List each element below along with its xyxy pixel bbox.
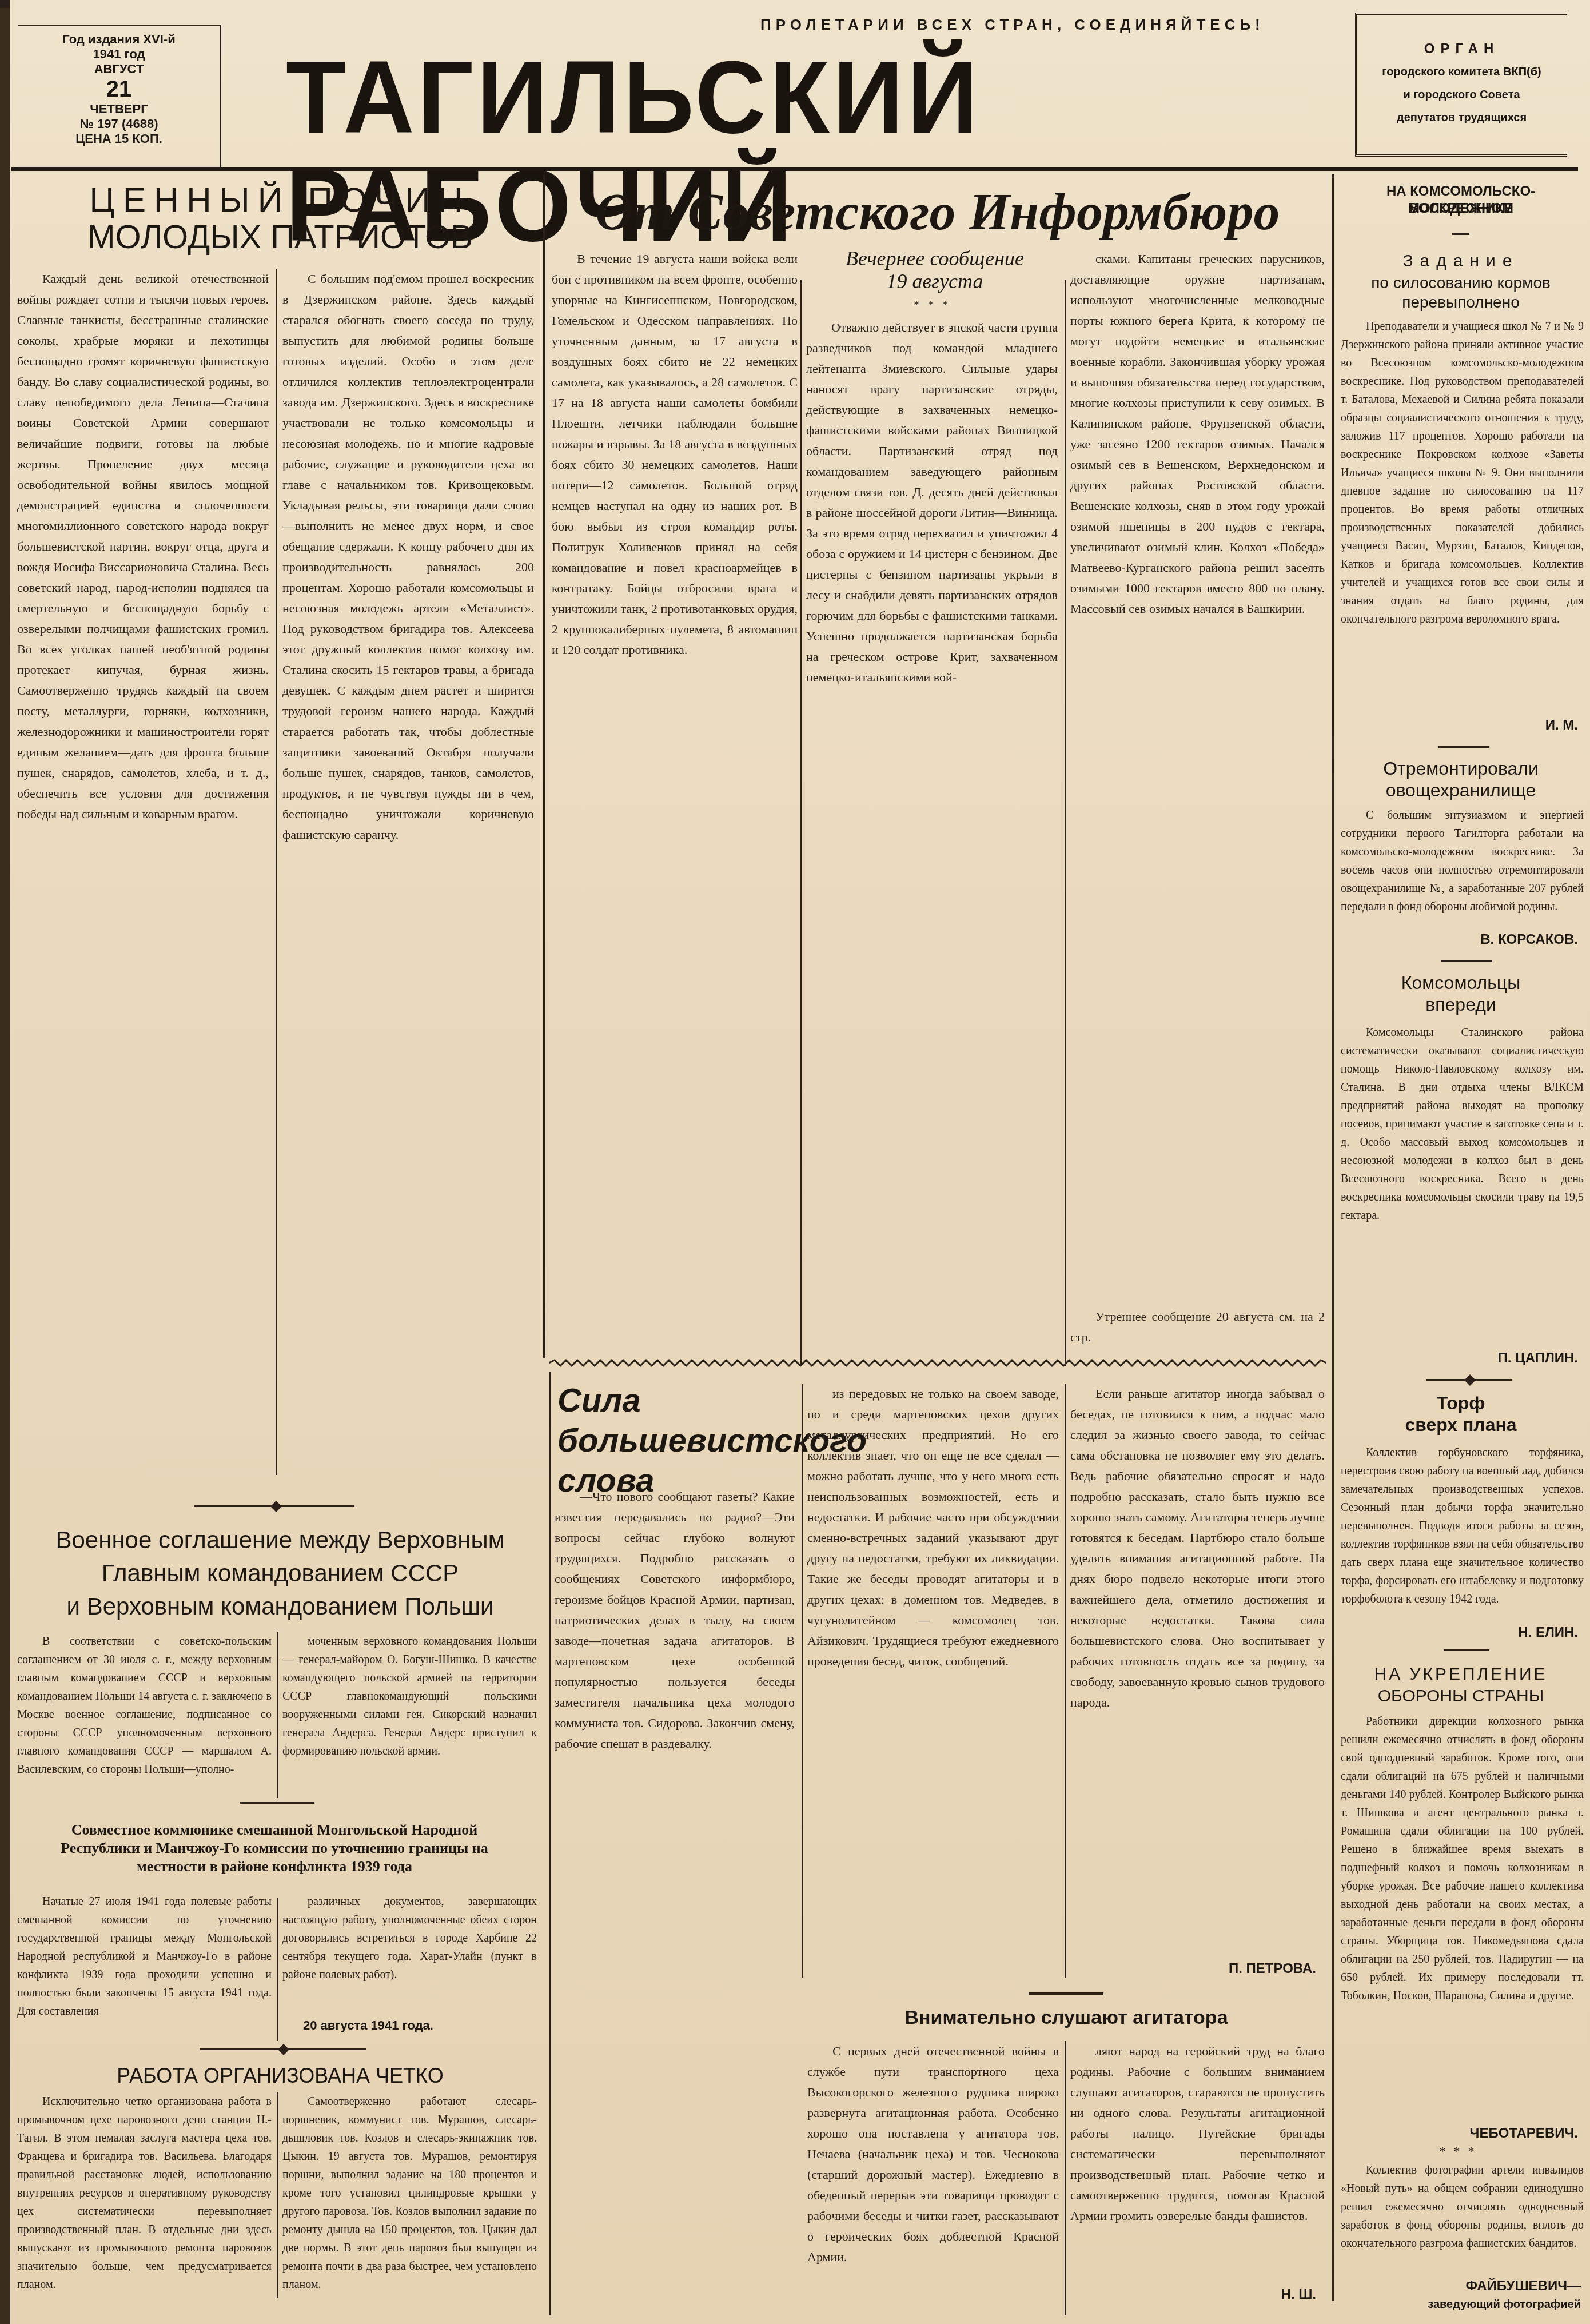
organ-line: городского комитета ВКП(б) xyxy=(1357,61,1567,83)
ovoshch-signature: В. КОРСАКОВ. xyxy=(1341,932,1578,948)
weekday: ЧЕТВЕРГ xyxy=(18,102,220,117)
column-divider xyxy=(1332,174,1334,2301)
zadanie-signature: И. М. xyxy=(1341,717,1578,734)
separator-rule xyxy=(1438,746,1489,748)
sila-col-3: Если раньше агитатор иногда забывал о бе… xyxy=(1070,1384,1325,1955)
sila-signature: П. ПЕТРОВА. xyxy=(1070,1961,1316,1977)
editorial-headline: ЦЕННЫЙ ПОЧИН xyxy=(34,180,526,220)
informburo-headline: От Советского Информбюро xyxy=(552,180,1324,243)
column-divider xyxy=(1065,1384,1066,1978)
column-divider xyxy=(277,1898,278,2041)
sila-col-2: из передовых не только на своем заводе, … xyxy=(807,1384,1059,1978)
torf-signature: Н. ЕЛИН. xyxy=(1341,1625,1578,1641)
zadanie-subheadline: по силосованию кормов перевыполнено xyxy=(1349,273,1572,312)
year: 1941 год xyxy=(18,47,220,62)
column-divider xyxy=(800,280,802,1366)
komsomolcy-body: Комсомольцы Сталинского района системати… xyxy=(1341,1023,1584,1332)
column-divider xyxy=(1065,2041,1066,2315)
separator-stars: *** xyxy=(806,297,1063,312)
oborona-signature-2: ФАЙБУШЕВИЧ— xyxy=(1341,2278,1581,2294)
torf-headline: Торф xyxy=(1338,1392,1584,1414)
oborona-headline: НА УКРЕПЛЕНИЕ xyxy=(1338,1664,1584,1685)
sunday-header: ВОСКРЕСНИКЕ xyxy=(1338,200,1584,217)
oborona-signature: ЧЕБОТАРЕВИЧ. xyxy=(1341,2126,1578,2142)
editorial-headline: МОЛОДЫХ ПАТРИОТОВ xyxy=(34,217,526,257)
evening-report-title: Вечернее сообщение xyxy=(806,246,1063,271)
zadanie-body: Преподаватели и учащиеся школ № 7 и № 9 … xyxy=(1341,317,1584,717)
sila-headline: Сила большевистского слова xyxy=(557,1381,786,1501)
column-divider xyxy=(277,2092,278,2298)
torf-body: Коллектив горбуновского торфяника, перес… xyxy=(1341,1444,1584,1632)
month: АВГУСТ xyxy=(18,62,220,77)
agitator-col-2: ляют народ на геройский труд на благо ро… xyxy=(1070,2041,1325,2281)
informburo-col-3: сками. Капитаны греческих парусников, до… xyxy=(1070,249,1325,1272)
separator-rule xyxy=(1452,233,1469,235)
column-divider xyxy=(277,1632,278,1798)
rabota-col-1: Исключительно четко организована работа … xyxy=(17,2092,272,2310)
editorial-col-1: Каждый день великой отечественной войны … xyxy=(17,269,269,1481)
mongolia-headline: Совместное коммюнике смешанной Монгольск… xyxy=(57,1821,492,1876)
oborona-body: Работники дирекции колхозного рынка реши… xyxy=(1341,1712,1584,2124)
mongolia-col-2: различных документов, завершающих настоя… xyxy=(282,1892,537,2018)
column-divider xyxy=(549,1372,551,2315)
ovoshch-headline: Отремонтировали овощехранилище xyxy=(1338,758,1584,801)
masthead-rule xyxy=(11,167,1578,171)
oborona-headline: ОБОРОНЫ СТРАНЫ xyxy=(1338,1685,1584,1707)
column-divider xyxy=(802,1384,803,1978)
organ-box: ОРГАН городского комитета ВКП(б) и город… xyxy=(1355,13,1567,157)
morning-report-note: Утреннее сообщение 20 августа см. на 2 с… xyxy=(1070,1306,1325,1352)
sila-col-1: —Что нового сообщают газеты? Какие извес… xyxy=(555,1486,795,1898)
agreement-headline: Военное соглашение между Верховным xyxy=(23,1524,537,1557)
rabota-headline: РАБОТА ОРГАНИЗОВАНА ЧЕТКО xyxy=(23,2064,537,2088)
separator-rule xyxy=(1441,960,1492,962)
informburo-col-2: Отважно действует в энской части группа … xyxy=(806,317,1058,1358)
column-divider xyxy=(543,174,545,1358)
rabota-col-2: Самоотверженно работают слесарь-поршневи… xyxy=(282,2092,537,2310)
column-divider xyxy=(276,269,277,1475)
agreement-headline: Главным командованием СССР xyxy=(23,1557,537,1590)
komsomolcy-headline: впереди xyxy=(1338,994,1584,1015)
zadanie-headline: Задание xyxy=(1338,252,1584,271)
wavy-separator xyxy=(549,1358,1326,1368)
mongolia-date: 20 августа 1941 года. xyxy=(303,2018,433,2033)
slogan: ПРОЛЕТАРИИ ВСЕХ СТРАН, СОЕДИНЯЙТЕСЬ! xyxy=(760,16,1332,34)
separator-rule xyxy=(240,1802,314,1804)
mongolia-col-1: Начатые 27 июля 1941 года полевые работы… xyxy=(17,1892,272,2041)
agitator-signature: Н. Ш. xyxy=(1070,2287,1316,2303)
price: ЦЕНА 15 КОП. xyxy=(18,131,220,146)
oborona-body-2: Коллектив фотографии артели инвалидов «Н… xyxy=(1341,2161,1584,2275)
evening-report-date: 19 августа xyxy=(806,269,1063,294)
agreement-col-2: моченным верховного командования Польши … xyxy=(282,1632,537,1798)
informburo-col-1: В течение 19 августа наши войска вели бо… xyxy=(552,249,798,1358)
agreement-col-1: В соответствии с советско-польским согла… xyxy=(17,1632,272,1798)
separator-stars: *** xyxy=(1338,2144,1584,2159)
organ-line: депутатов трудящихся xyxy=(1357,106,1567,129)
organ-line: и городского Совета xyxy=(1357,83,1567,106)
issue-number: № 197 (4688) xyxy=(18,117,220,131)
binding-edge xyxy=(0,0,10,2324)
editorial-col-2: С большим под'емом прошел воскресник в Д… xyxy=(282,269,534,1481)
agreement-headline: и Верховным командованием Польши xyxy=(23,1590,537,1623)
column-divider xyxy=(1065,280,1066,1366)
oborona-signature-role: заведующий фотографией xyxy=(1341,2298,1581,2311)
komsomolcy-headline: Комсомольцы xyxy=(1338,972,1584,994)
komsomolcy-signature: П. ЦАПЛИН. xyxy=(1341,1350,1578,1366)
separator-rule xyxy=(1444,1649,1489,1651)
torf-headline: сверх плана xyxy=(1338,1414,1584,1436)
agitator-headline: Внимательно слушают агитатора xyxy=(806,2007,1326,2029)
day: 21 xyxy=(18,77,220,102)
organ-label: ОРГАН xyxy=(1357,38,1567,61)
publication-year: Год издания XVI-й xyxy=(18,32,220,47)
separator-rule xyxy=(1029,1992,1103,1995)
agitator-col-1: С первых дней отечественной войны в служ… xyxy=(807,2041,1059,2315)
